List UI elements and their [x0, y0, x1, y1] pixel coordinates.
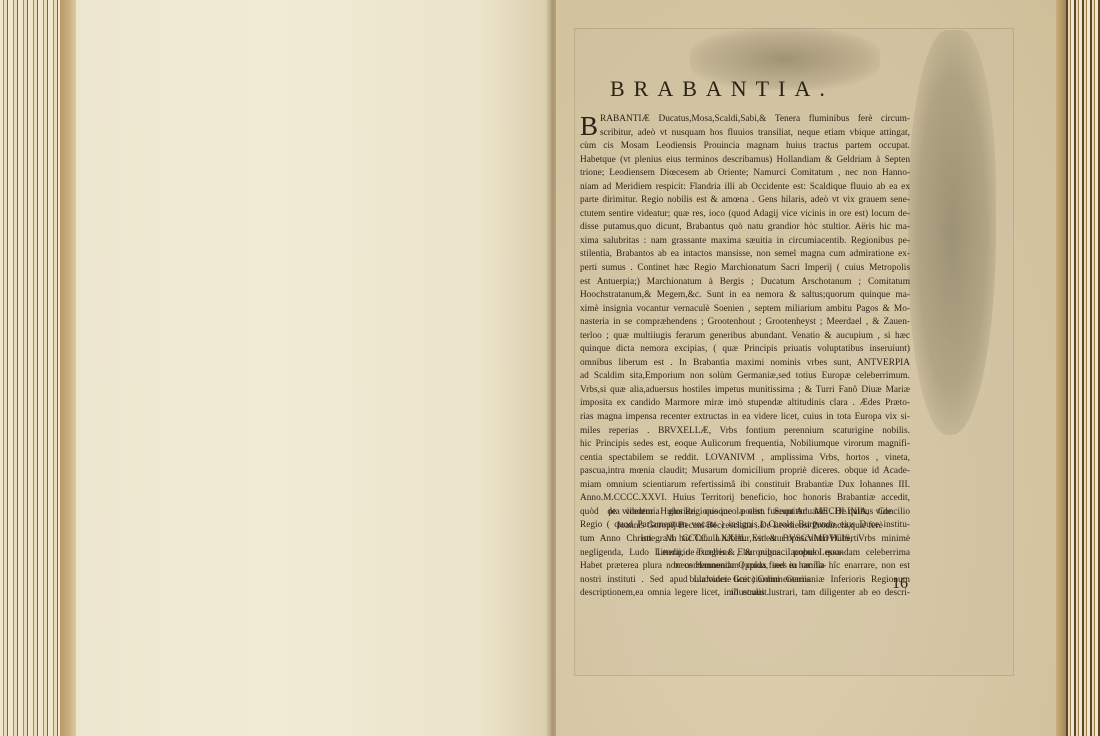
text-line: stilentia, Brabantos ab ea intactos mans… — [580, 248, 910, 262]
text-line: ad Scaldim sita,Emporium non solùm Germa… — [580, 370, 910, 384]
left-cover-edge — [60, 0, 76, 736]
text-line: Ioannis Goropij Becani Beccesclana . De … — [580, 520, 920, 534]
text-line: Vrbs,si quæ alia,aduersus hostiles impet… — [580, 384, 910, 398]
text-line: perti sumus . Continet hæc Regio Marchio… — [580, 262, 910, 276]
text-line: pta videntur . Huius Regionis incolæ oli… — [580, 506, 920, 520]
text-line: trione; Leodiensem Diœcesem ab Oriente; … — [580, 167, 910, 181]
text-line: terloo ; quæ multiiugis ferarum generibu… — [580, 330, 910, 344]
text-line: niam ad Meridiem respicit: Flandria illi… — [580, 181, 910, 195]
text-line: integra in hac Tabula habetur, videatur … — [580, 533, 920, 547]
text-line: rias magna impensa recenter extructas in… — [580, 411, 910, 425]
left-page-edges — [0, 0, 64, 736]
text-line: miam omnium scientiarum refertissimâ ibi… — [580, 479, 910, 493]
text-line: miles reperias . BRVXELLÆ, Vrbs fontium … — [580, 425, 910, 439]
text-line: Leodij, de Tungris & Eburonibus . Iacobu… — [580, 547, 920, 561]
text-line: RABANTIÆ Ducatus,Mosa,Scaldi,Sabi,& Tene… — [580, 113, 910, 127]
text-line: omnibus liberum est . In Brabantia maxim… — [580, 357, 910, 371]
tapered-closing-text: pta videntur . Huius Regionis incolæ oli… — [580, 506, 920, 601]
text-line: hic Principis sedes est, eoque Aulicorum… — [580, 438, 910, 452]
right-page-edges — [1066, 0, 1100, 736]
text-line: bula videre licet ) Commentariis — [580, 574, 920, 588]
left-blank-page — [76, 0, 552, 736]
text-line: bæus Hannoniam ( cuius fines in hac Ta- — [580, 560, 920, 574]
page-title: BRABANTIA. — [610, 76, 860, 102]
text-line: nasteria in se compræhendens ; Grootenho… — [580, 316, 910, 330]
text-line: scribitur, adeò vt nusquam hos fluuios t… — [580, 127, 910, 141]
text-line: centia spectabilem se reddit. LOVANIVM ,… — [580, 452, 910, 466]
text-line: parte dirimitur. Regio nobilis est & amœ… — [580, 194, 910, 208]
text-line: Anno.M.CCCC.XXVI. Huius Territorij benef… — [580, 492, 910, 506]
text-line: quinque dicta nemora excipias, ( quæ Pri… — [580, 343, 910, 357]
drop-cap: B — [580, 114, 598, 138]
text-line: illustrauit. — [580, 587, 920, 601]
text-line: ximè insignia vocantur vernaculè Soenien… — [580, 303, 910, 317]
right-cover-edge — [1056, 0, 1066, 736]
text-line: pascua,intra mœnia claudit; Musarum domi… — [580, 465, 910, 479]
text-line: est Antuerpia;) Marchionatum à Bergis ; … — [580, 276, 910, 290]
open-book: BRABANTIA. B RABANTIÆ Ducatus,Mosa,Scald… — [0, 0, 1100, 736]
text-line: Hoochstratanum,& Megem,&c. Sunt in ea ne… — [580, 289, 910, 303]
text-line: disse putamus,quo dicunt, Brabantus quò … — [580, 221, 910, 235]
text-line: xima salubritas : nam grassante maxima s… — [580, 235, 910, 249]
text-line: imposita ex candido Marmore miræ imò stu… — [580, 397, 910, 411]
show-through-stain-right — [908, 30, 996, 435]
text-line: ctutem sentire videatur; quæ res, ioco (… — [580, 208, 910, 222]
text-line: cùm cis Mosam Leodiensis Prouincia magna… — [580, 140, 910, 154]
page-number: 16 — [892, 575, 908, 593]
text-line: Habetque (vt plenius eius terminos descr… — [580, 154, 910, 168]
